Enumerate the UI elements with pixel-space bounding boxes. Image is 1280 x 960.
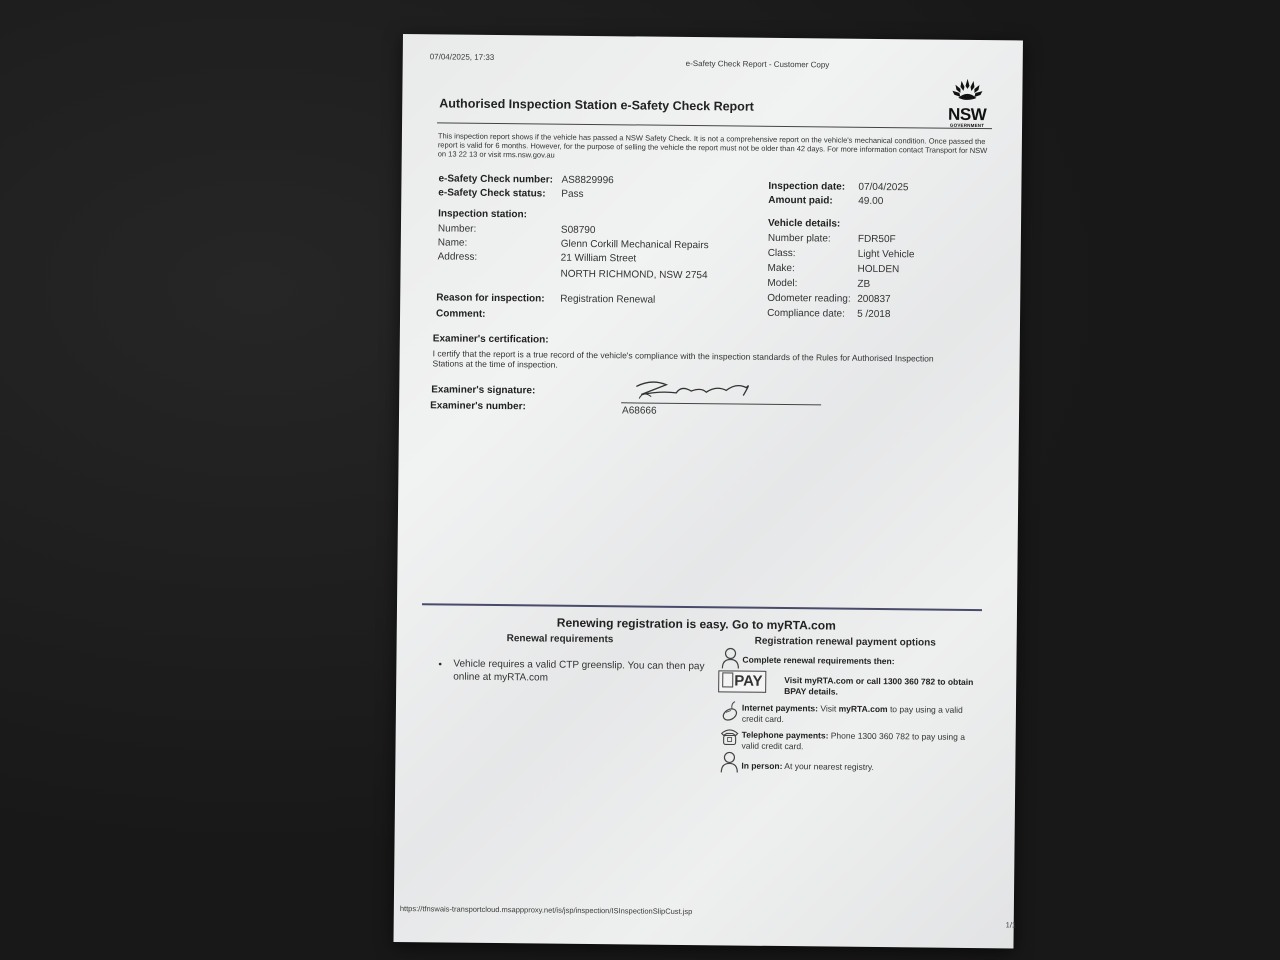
comment-label: Comment: bbox=[436, 308, 560, 320]
report-paper: 07/04/2025, 17:33 e-Safety Check Report … bbox=[393, 34, 1022, 948]
inspection-date-label: Inspection date: bbox=[768, 181, 858, 193]
amount-paid-value: 49.00 bbox=[858, 196, 883, 207]
station-address-label: Address: bbox=[438, 251, 561, 263]
renewal-divider bbox=[422, 603, 982, 610]
examiner-number-value: A68666 bbox=[622, 405, 657, 416]
print-timestamp: 07/04/2025, 17:33 bbox=[430, 52, 495, 62]
odometer-row: Odometer reading: 200837 bbox=[767, 293, 890, 305]
header-divider bbox=[437, 122, 992, 129]
bpay-b-icon bbox=[722, 672, 733, 687]
person-icon bbox=[719, 751, 739, 773]
station-number-row: Number: S08790 bbox=[438, 223, 596, 236]
check-status-value: Pass bbox=[561, 189, 583, 200]
compliance-value: 5 /2018 bbox=[857, 309, 890, 320]
amount-paid-row: Amount paid: 49.00 bbox=[768, 195, 883, 207]
class-row: Class: Light Vehicle bbox=[768, 248, 915, 261]
make-row: Make: HOLDEN bbox=[768, 263, 900, 275]
bpay-logo-text: PAY bbox=[734, 673, 763, 690]
reason-label: Reason for inspection: bbox=[436, 292, 560, 304]
report-title: Authorised Inspection Station e-Safety C… bbox=[439, 96, 754, 113]
station-name-value: Glenn Corkill Mechanical Repairs bbox=[561, 239, 709, 252]
bpay-logo: PAY bbox=[718, 670, 767, 693]
make-label: Make: bbox=[768, 263, 858, 275]
check-number-label: e-Safety Check number: bbox=[438, 173, 561, 185]
payment-option-complete: Complete renewal requirements then: bbox=[742, 655, 982, 669]
person-icon bbox=[720, 647, 740, 669]
payment-option-in-person: In person: At your nearest registry. bbox=[741, 761, 981, 775]
station-heading: Inspection station: bbox=[438, 208, 527, 220]
in-person-label: In person: bbox=[741, 761, 782, 771]
waratah-icon bbox=[950, 78, 984, 102]
station-address-row: Address: 21 William Street bbox=[438, 251, 637, 264]
class-value: Light Vehicle bbox=[858, 249, 915, 261]
mouse-icon bbox=[721, 699, 741, 721]
bullet-marker: • bbox=[438, 659, 442, 670]
telephone-icon bbox=[720, 726, 740, 746]
reason-row: Reason for inspection: Registration Rene… bbox=[436, 292, 655, 305]
logo-wordmark: NSW bbox=[942, 107, 992, 124]
check-status-label: e-Safety Check status: bbox=[438, 187, 561, 199]
station-number-label: Number: bbox=[438, 223, 561, 235]
check-status-row: e-Safety Check status: Pass bbox=[438, 187, 583, 200]
payment-option-telephone: Telephone payments: Phone 1300 360 782 t… bbox=[742, 730, 982, 755]
nsw-government-logo: NSW GOVERNMENT bbox=[942, 78, 993, 129]
in-person-text: At your nearest registry. bbox=[782, 761, 874, 772]
copy-title: e-Safety Check Report - Customer Copy bbox=[686, 59, 830, 70]
payment-option-bpay: Visit myRTA.com or call 1300 360 782 to … bbox=[784, 675, 984, 699]
plate-value: FDR50F bbox=[858, 234, 896, 245]
plate-label: Number plate: bbox=[768, 233, 858, 245]
payment-option-bpay-text: Visit myRTA.com or call 1300 360 782 to … bbox=[784, 675, 973, 697]
telephone-payment-label: Telephone payments: bbox=[742, 730, 829, 741]
compliance-row: Compliance date: 5 /2018 bbox=[767, 308, 890, 320]
inspection-date-value: 07/04/2025 bbox=[858, 182, 908, 194]
myrta-link[interactable]: myRTA.com bbox=[839, 704, 888, 715]
make-value: HOLDEN bbox=[858, 264, 900, 275]
station-name-label: Name: bbox=[438, 237, 561, 249]
compliance-label: Compliance date: bbox=[767, 308, 857, 320]
station-address-line1: 21 William Street bbox=[561, 253, 637, 265]
signature-label: Examiner's signature: bbox=[431, 384, 535, 396]
renewal-headline: Renewing registration is easy. Go to myR… bbox=[557, 616, 836, 633]
amount-paid-label: Amount paid: bbox=[768, 195, 858, 207]
model-value: ZB bbox=[857, 279, 870, 290]
intro-text: This inspection report shows if the vehi… bbox=[438, 131, 988, 164]
requirement-item: Vehicle requires a valid CTP greenslip. … bbox=[453, 658, 723, 687]
station-address-line2: NORTH RICHMOND, NSW 2754 bbox=[560, 269, 707, 282]
odometer-value: 200837 bbox=[857, 294, 890, 305]
model-label: Model: bbox=[767, 278, 857, 290]
payment-option-internet: Internet payments: Visit myRTA.com to pa… bbox=[742, 703, 982, 728]
inspection-date-row: Inspection date: 07/04/2025 bbox=[768, 181, 908, 193]
class-label: Class: bbox=[768, 248, 858, 260]
examiner-number-label: Examiner's number: bbox=[430, 400, 526, 412]
footer-url: https://tfnswais-transportcloud.msapppro… bbox=[400, 904, 693, 916]
page-number: 1/1 bbox=[1006, 920, 1017, 929]
station-name-row: Name: Glenn Corkill Mechanical Repairs bbox=[438, 237, 709, 251]
reason-value: Registration Renewal bbox=[560, 294, 655, 306]
vehicle-heading: Vehicle details: bbox=[768, 218, 840, 230]
comment-row: Comment: bbox=[436, 308, 560, 320]
model-row: Model: ZB bbox=[767, 278, 870, 290]
check-number-value: AS8829996 bbox=[561, 175, 613, 187]
check-number-row: e-Safety Check number: AS8829996 bbox=[438, 173, 613, 186]
odometer-label: Odometer reading: bbox=[767, 293, 857, 305]
station-number-value: S08790 bbox=[561, 225, 596, 236]
internet-payment-text: Visit bbox=[818, 703, 839, 713]
certification-text: I certify that the report is a true reco… bbox=[433, 348, 943, 373]
payment-heading: Registration renewal payment options bbox=[755, 636, 936, 649]
requirements-heading: Renewal requirements bbox=[507, 633, 614, 645]
internet-payment-label: Internet payments: bbox=[742, 703, 818, 714]
payment-option-complete-text: Complete renewal requirements then: bbox=[742, 655, 894, 667]
certification-heading: Examiner's certification: bbox=[433, 333, 549, 345]
plate-row: Number plate: FDR50F bbox=[768, 233, 896, 245]
